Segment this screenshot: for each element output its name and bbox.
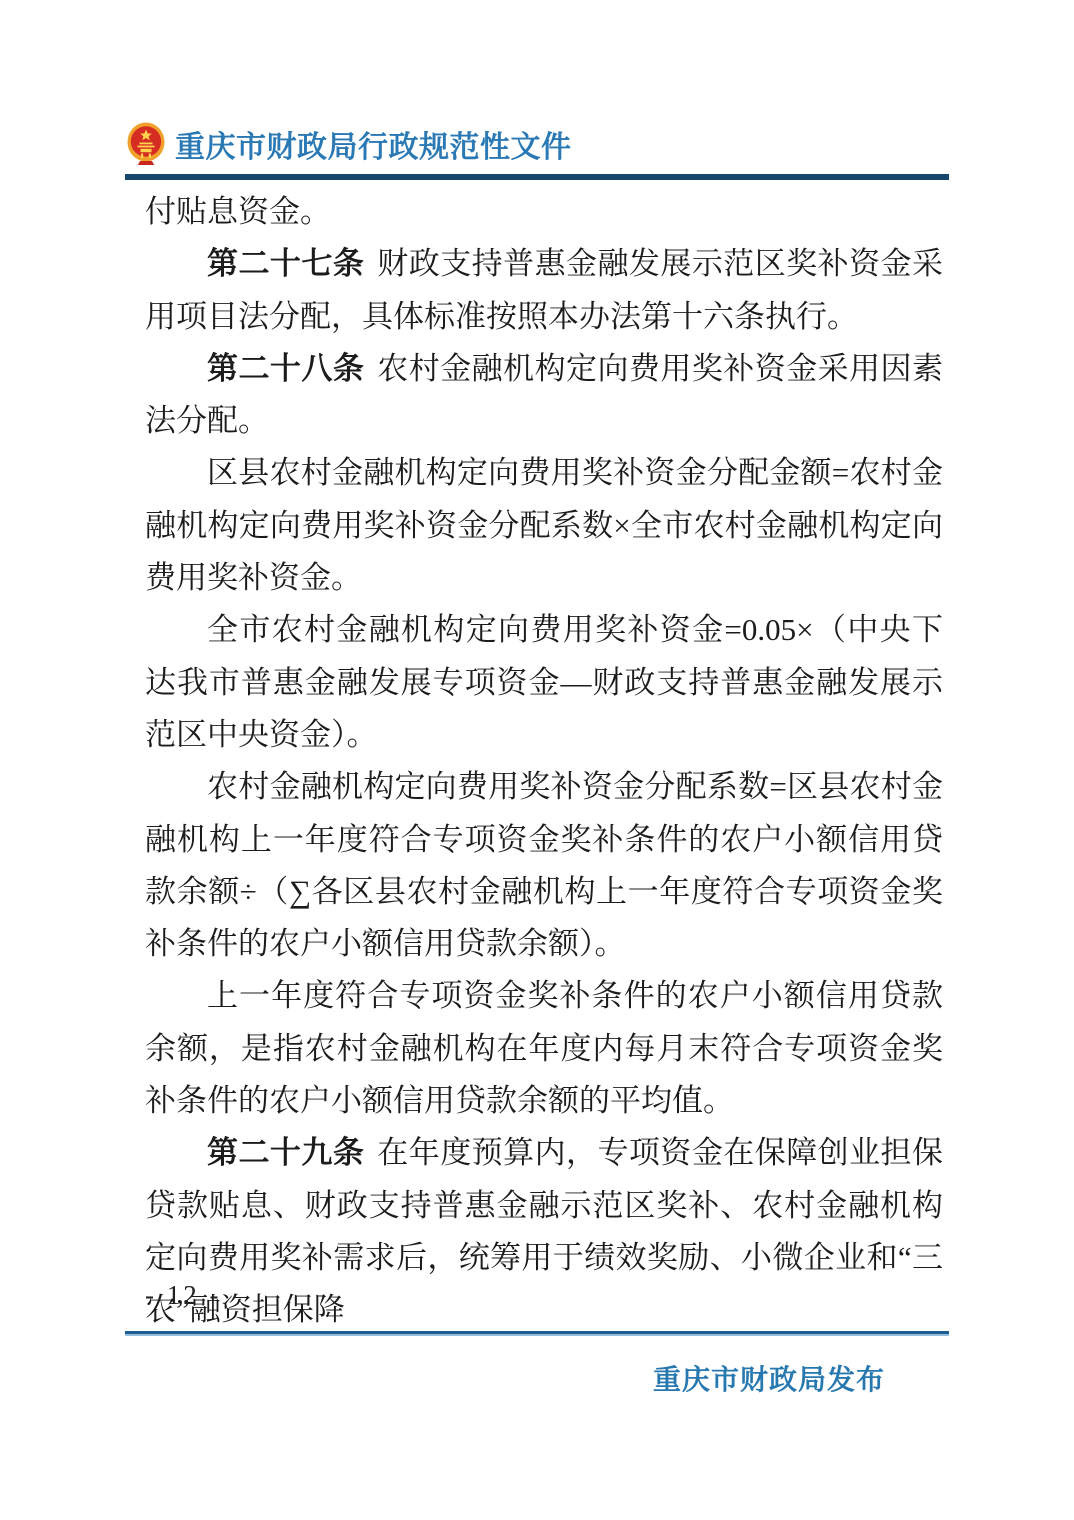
paragraph-text: 区县农村金融机构定向费用奖补资金分配金额=农村金融机构定向费用奖补资金分配系数×…: [145, 455, 943, 595]
paragraph: 第二十七条财政支持普惠金融发展示范区奖补资金采用项目法分配，具体标准按照本办法第…: [145, 238, 943, 343]
paragraph-text: 全市农村金融机构定向费用奖补资金=0.05×（中央下达我市普惠金融发展专项资金—…: [145, 612, 943, 752]
paragraph-text: 农村金融机构定向费用奖补资金分配系数=区县农村金融机构上一年度符合专项资金奖补条…: [145, 769, 943, 961]
document-page: 重庆市财政局行政规范性文件 付贴息资金。 第二十七条财政支持普惠金融发展示范区奖…: [0, 0, 1074, 1520]
article-number: 第二十七条: [207, 246, 364, 281]
paragraph-text: 付贴息资金。: [145, 194, 331, 229]
paragraph: 区县农村金融机构定向费用奖补资金分配金额=农村金融机构定向费用奖补资金分配系数×…: [145, 447, 943, 604]
paragraph-text: 上一年度符合专项资金奖补条件的农户小额信用贷款余额，是指农村金融机构在年度内每月…: [145, 978, 943, 1118]
paragraph: 第二十八条农村金融机构定向费用奖补资金采用因素法分配。: [145, 343, 943, 448]
footer-divider-line: [125, 1331, 949, 1336]
article-number: 第二十九条: [207, 1135, 364, 1170]
page-number: - 12 -: [145, 1280, 221, 1311]
china-national-emblem-icon: [127, 122, 165, 166]
header-divider-line: [125, 174, 949, 180]
paragraph: 付贴息资金。: [145, 186, 943, 238]
paragraph: 第二十九条在年度预算内，专项资金在保障创业担保贷款贴息、财政支持普惠金融示范区奖…: [145, 1127, 943, 1336]
paragraph: 上一年度符合专项资金奖补条件的农户小额信用贷款余额，是指农村金融机构在年度内每月…: [145, 970, 943, 1127]
page-title: 重庆市财政局行政规范性文件: [175, 122, 572, 166]
publisher-label: 重庆市财政局发布: [653, 1358, 885, 1398]
article-number: 第二十八条: [207, 351, 364, 386]
document-body: 付贴息资金。 第二十七条财政支持普惠金融发展示范区奖补资金采用项目法分配，具体标…: [145, 186, 943, 1337]
paragraph: 农村金融机构定向费用奖补资金分配系数=区县农村金融机构上一年度符合专项资金奖补条…: [145, 761, 943, 970]
page-header: 重庆市财政局行政规范性文件: [127, 118, 949, 170]
paragraph: 全市农村金融机构定向费用奖补资金=0.05×（中央下达我市普惠金融发展专项资金—…: [145, 604, 943, 761]
